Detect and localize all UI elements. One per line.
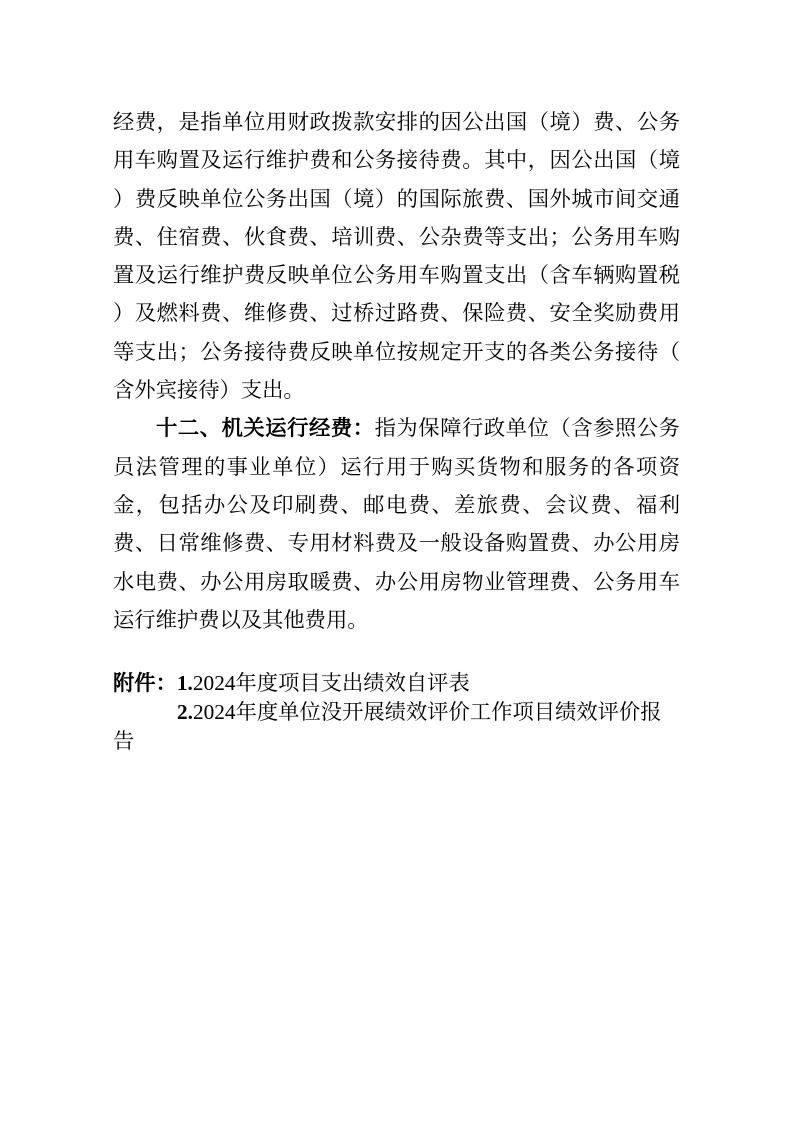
body-line: 含外宾接待）支出。 <box>113 371 680 409</box>
attachment-item-2-wrap: 告 <box>113 727 713 756</box>
body-line: 经费，是指单位用财政拨款安排的因公出国（境）费、公务 <box>113 103 680 141</box>
document-page: 经费，是指单位用财政拨款安排的因公出国（境）费、公务 用车购置及运行维护费和公务… <box>0 0 793 1122</box>
body-line: 用车购置及运行维护费和公务接待费。其中，因公出国（境 <box>113 141 680 179</box>
section-heading-rest: 指为保障行政单位（含参照公务 <box>375 416 680 440</box>
body-line: 等支出；公务接待费反映单位按规定开支的各类公务接待（ <box>113 333 680 371</box>
body-line: 金，包括办公及印刷费、邮电费、差旅费、会议费、福利 <box>113 486 680 524</box>
body-line: 员法管理的事业单位）运行用于购买货物和服务的各项资 <box>113 448 680 486</box>
attachment-item-2: 2.2024年度单位没开展绩效评价工作项目绩效评价报 <box>113 698 713 727</box>
body-line: 费、日常维修费、专用材料费及一般设备购置费、办公用房 <box>113 524 680 562</box>
attachment-item-1-text: 2024年度项目支出绩效自评表 <box>193 671 470 695</box>
body-line: 运行维护费以及其他费用。 <box>113 601 680 639</box>
section-heading: 十二、机关运行经费： <box>156 416 375 440</box>
attachment-item-2-text: 2024年度单位没开展绩效评价工作项目绩效评价报 <box>193 700 662 724</box>
attachment-label: 附件： <box>113 671 177 695</box>
attachment-item-1: 附件：1.2024年度项目支出绩效自评表 <box>113 669 713 698</box>
body-text-block: 经费，是指单位用财政拨款安排的因公出国（境）费、公务 用车购置及运行维护费和公务… <box>113 103 680 639</box>
attachment-block: 附件：1.2024年度项目支出绩效自评表 2.2024年度单位没开展绩效评价工作… <box>113 669 713 756</box>
attachment-item-1-number: 1. <box>177 671 193 695</box>
body-line: 费、住宿费、伙食费、培训费、公杂费等支出；公务用车购 <box>113 218 680 256</box>
body-line: 水电费、办公用房取暖费、办公用房物业管理费、公务用车 <box>113 563 680 601</box>
body-line: 置及运行维护费反映单位公务用车购置支出（含车辆购置税 <box>113 256 680 294</box>
body-line: ）费反映单位公务出国（境）的国际旅费、国外城市间交通 <box>113 180 680 218</box>
body-line: ）及燃料费、维修费、过桥过路费、保险费、安全奖励费用 <box>113 294 680 332</box>
body-line: 十二、机关运行经费：指为保障行政单位（含参照公务 <box>113 409 680 447</box>
attachment-item-2-number: 2. <box>177 700 193 724</box>
